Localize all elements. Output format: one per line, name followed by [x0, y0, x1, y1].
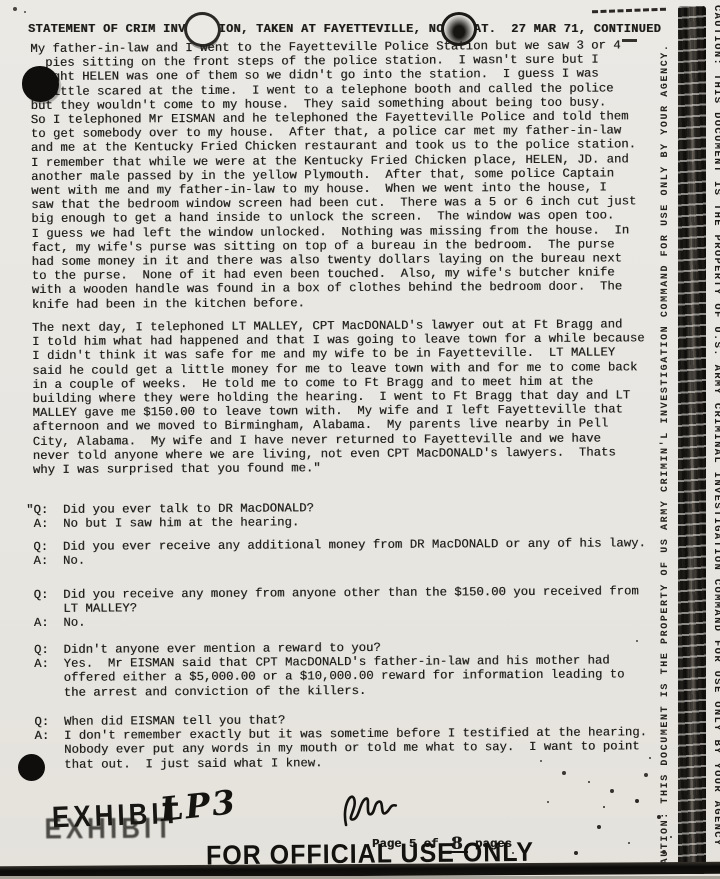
header-segment-2: ION, TAKEN AT FAYETTEVILLE, NC [219, 22, 444, 36]
header-segment-1: STATEMENT OF CRIM INV [28, 22, 186, 36]
caution-text-outer: CAUTION: THIS DOCUMENT IS THE PROPERTY O… [711, 5, 720, 877]
caution-text-inner: CAUTION: THIS DOCUMENT IS THE PROPERTY O… [660, 10, 671, 872]
hole-punch-top-icon [22, 66, 59, 102]
exhibit-stamp: EXHIBIT EXHIBIT [51, 798, 172, 833]
qa-block-3: Q: Did you receive any money from anyone… [34, 584, 639, 630]
statement-body: My father-in-law and I went to the Fayet… [0, 0, 720, 2]
exhibit-number-handwritten: LP3 [158, 782, 239, 829]
scanned-document-page: STATEMENT OF CRIM INV ION, TAKEN AT FAYE… [0, 0, 720, 879]
statement-paragraph-1: My father-in-law and I went to the Fayet… [30, 38, 637, 312]
statement-paragraph-2: The next day, I telephoned LT MALLEY, CP… [32, 317, 645, 477]
handwritten-signature [336, 781, 411, 838]
header-segment-3: AT. 27 MAR 71, CONTINUED [474, 22, 662, 36]
binding-shadow-band [678, 6, 706, 874]
scan-noise-speckles [0, 0, 2, 2]
qa-block-4: Q: Didn't anyone ever mention a reward t… [34, 639, 625, 699]
qa-block-5: Q: When did EISMAN tell you that? A: I d… [34, 711, 647, 772]
hole-punch-bottom-icon [18, 754, 45, 781]
qa-block-2: Q: Did you ever receive any additional m… [33, 536, 646, 568]
qa-block-1: "Q: Did you ever talk to DR MacDONALD? A… [26, 501, 314, 531]
exhibit-stamp-text: EXHIBIT [51, 796, 172, 836]
